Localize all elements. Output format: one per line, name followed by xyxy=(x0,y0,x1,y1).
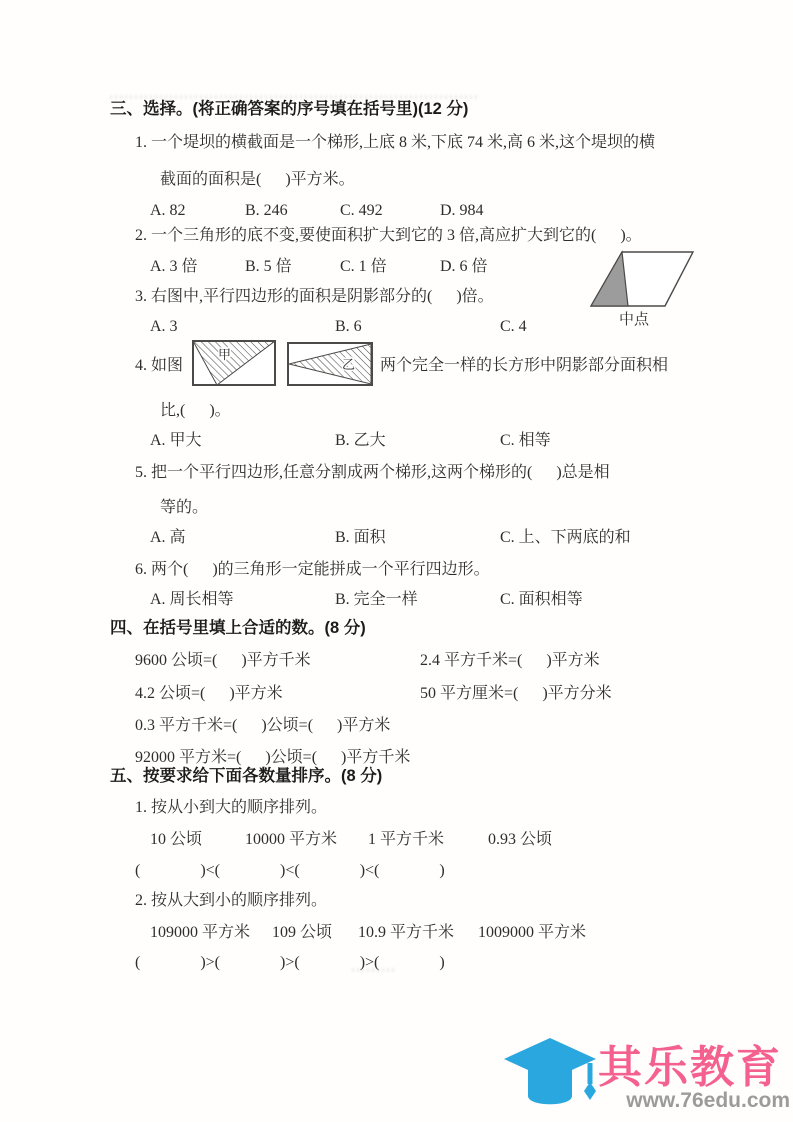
q2-option-c: C. 1 倍 xyxy=(340,257,387,277)
q1-option-d: D. 984 xyxy=(440,201,484,221)
conversion-row3: 0.3 平方千米=( )公顷=( )平方米 xyxy=(135,716,390,736)
q3-option-b: B. 6 xyxy=(335,317,362,337)
conversion-row4: 92000 平方米=( )公顷=( )平方千米 xyxy=(135,748,410,768)
q4-option-b: B. 乙大 xyxy=(335,431,386,451)
brand-name: 其乐教育 xyxy=(598,1044,792,1092)
ordering-part1-item4: 0.93 公顷 xyxy=(488,830,552,850)
q1-text-line1: 1. 一个堤坝的横截面是一个梯形,上底 8 米,下底 74 米,高 6 米,这个… xyxy=(135,133,655,153)
q6-option-c: C. 面积相等 xyxy=(500,590,583,610)
q5-option-c: C. 上、下两底的和 xyxy=(500,528,631,548)
midpoint-label: 中点 xyxy=(619,310,650,328)
q1-text-line2: 截面的面积是( )平方米。 xyxy=(160,170,355,190)
q4-option-a: A. 甲大 xyxy=(150,431,202,451)
q2-text-line1: 2. 一个三角形的底不变,要使面积扩大到它的 3 倍,高应扩大到它的( )。 xyxy=(135,226,642,246)
q4-text-suffix: 两个完全一样的长方形中阴影部分面积相 xyxy=(380,356,668,376)
section-five-heading: 五、按要求给下面各数量排序。(8 分) xyxy=(110,766,382,786)
q2-option-d: D. 6 倍 xyxy=(440,257,488,277)
conversion-row1-left: 9600 公顷=( )平方千米 xyxy=(135,651,311,671)
parallelogram-figure: 中点 xyxy=(583,242,705,330)
q6-option-b: B. 完全一样 xyxy=(335,590,418,610)
q6-text-line1: 6. 两个( )的三角形一定能拼成一个平行四边形。 xyxy=(135,560,490,580)
ordering-part2-blanks: ( )>( )>( )>( ) xyxy=(135,953,445,973)
q2-option-b: B. 5 倍 xyxy=(245,257,292,277)
ordering-part1-item3: 1 平方千米 xyxy=(368,830,444,850)
conversion-row2-left: 4.2 公顷=( )平方米 xyxy=(135,684,283,704)
ordering-part1-item1: 10 公顷 xyxy=(150,830,202,850)
ordering-part2-item2: 109 公顷 xyxy=(272,923,332,943)
q3-option-a: A. 3 xyxy=(150,317,178,337)
ordering-part1-title: 1. 按从小到大的顺序排列。 xyxy=(135,798,327,818)
section-four-heading: 四、在括号里填上合适的数。(8 分) xyxy=(110,618,366,638)
conversion-row1-right: 2.4 平方千米=( )平方米 xyxy=(420,651,600,671)
ordering-part2-item4: 1009000 平方米 xyxy=(478,923,586,943)
q4-text-prefix: 4. 如图 xyxy=(135,356,183,376)
q3-text-line1: 3. 右图中,平行四边形的面积是阴影部分的( )倍。 xyxy=(135,287,494,307)
rectangle-figure-jia: 甲 xyxy=(192,340,276,386)
figure-jia-label: 甲 xyxy=(218,347,231,362)
ordering-part2-item1: 109000 平方米 xyxy=(150,923,250,943)
q5-text-line1: 5. 把一个平行四边形,任意分割成两个梯形,这两个梯形的( )总是相 xyxy=(135,463,610,483)
q1-option-c: C. 492 xyxy=(340,201,383,221)
q4-option-c: C. 相等 xyxy=(500,431,551,451)
scanned-test-page: 三、选择。(将正确答案的序号填在括号里)(12 分) 1. 一个堤坝的横截面是一… xyxy=(0,0,793,1122)
q5-text-line2: 等的。 xyxy=(160,498,208,518)
q6-option-a: A. 周长相等 xyxy=(150,590,234,610)
q1-option-b: B. 246 xyxy=(245,201,288,221)
conversion-row2-right: 50 平方厘米=( )平方分米 xyxy=(420,684,612,704)
ordering-part2-title: 2. 按从大到小的顺序排列。 xyxy=(135,891,327,911)
ordering-part2-item3: 10.9 平方千米 xyxy=(358,923,454,943)
q5-option-a: A. 高 xyxy=(150,528,186,548)
brand-url: www.76edu.com xyxy=(560,1089,790,1113)
figure-yi-label: 乙 xyxy=(342,357,355,372)
q2-option-a: A. 3 倍 xyxy=(150,257,198,277)
q5-option-b: B. 面积 xyxy=(335,528,386,548)
q3-option-c: C. 4 xyxy=(500,317,527,337)
rectangle-figure-yi: 乙 xyxy=(287,342,373,386)
ordering-part1-blanks: ( )<( )<( )<( ) xyxy=(135,861,445,881)
q4-text-line2: 比,( )。 xyxy=(160,401,231,421)
ordering-part1-item2: 10000 平方米 xyxy=(245,830,337,850)
q1-option-a: A. 82 xyxy=(150,201,186,221)
section-three-heading: 三、选择。(将正确答案的序号填在括号里)(12 分) xyxy=(110,99,468,119)
